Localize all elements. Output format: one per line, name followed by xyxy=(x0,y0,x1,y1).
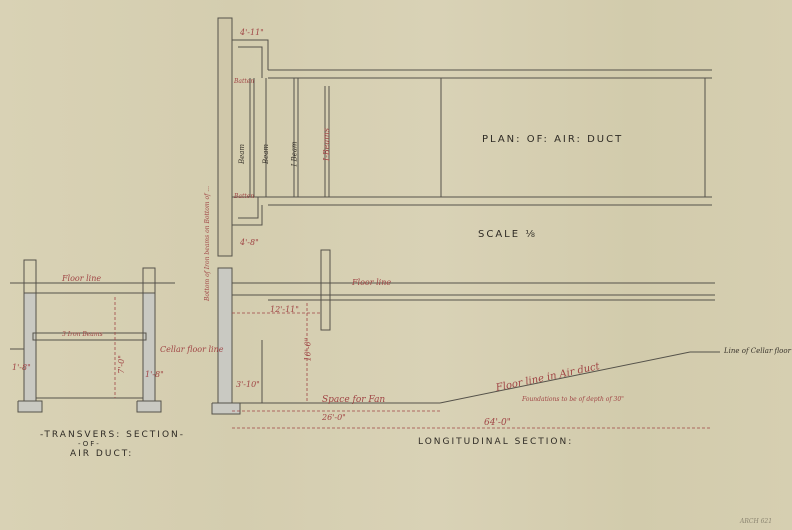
plan-title: PLAN: OF: AIR: DUCT xyxy=(482,134,623,145)
plan-dim-bottom: 4'-8" xyxy=(240,238,259,247)
longitudinal-dim-span: 12'-11" xyxy=(270,305,299,314)
batten-bottom: Batten xyxy=(234,193,254,200)
transverse-dim-left: 1'-8" xyxy=(12,363,31,372)
transverse-beams: 3 Iron Beams xyxy=(62,331,103,338)
longitudinal-title: LONGITUDINAL SECTION: xyxy=(418,437,573,447)
cellar-floor-line: Line of Cellar floor xyxy=(724,347,791,355)
transverse-floor-line: Floor line xyxy=(62,274,101,283)
small-dim: 3'-10" xyxy=(236,380,260,389)
fan-dim: 26'-0" xyxy=(322,413,346,422)
beam-label-4: I-Beams xyxy=(322,128,331,161)
batten-top: Batten xyxy=(234,78,254,85)
beam-label-2: Beam xyxy=(262,144,270,164)
transverse-dim-height: 7'-0" xyxy=(117,355,126,374)
scale-label: SCALE ⅛ xyxy=(478,229,537,240)
transverse-title-line1: -TRANSVERS: SECTION- xyxy=(40,430,185,440)
total-length: 64'-0" xyxy=(484,418,511,428)
longitudinal-dim-height: 10'-0" xyxy=(303,338,312,362)
side-note: Bottom of Iron beams on Bottom of ... xyxy=(204,186,211,301)
foundations-note: Foundations to be of depth of 30" xyxy=(522,396,624,403)
transverse-cellar-floor: Cellar floor line xyxy=(160,345,223,354)
beam-label-3: I Beam xyxy=(291,141,299,166)
transverse-title-line2: -OF- xyxy=(78,440,101,448)
transverse-dim-right: 1'-8" xyxy=(145,370,164,379)
catalog-stamp: ARCH 621 xyxy=(740,518,772,525)
beam-label-1: Beam xyxy=(238,144,246,164)
longitudinal-floor-line: Floor line xyxy=(352,278,391,287)
drawing-sheet: PLAN: OF: AIR: DUCT SCALE ⅛ -TRANSVERS: … xyxy=(0,0,792,530)
transverse-title-line3: AIR DUCT: xyxy=(70,449,133,459)
plan-dim-top: 4'-11" xyxy=(240,28,264,37)
space-for-fan: Space for Fan xyxy=(322,395,385,405)
